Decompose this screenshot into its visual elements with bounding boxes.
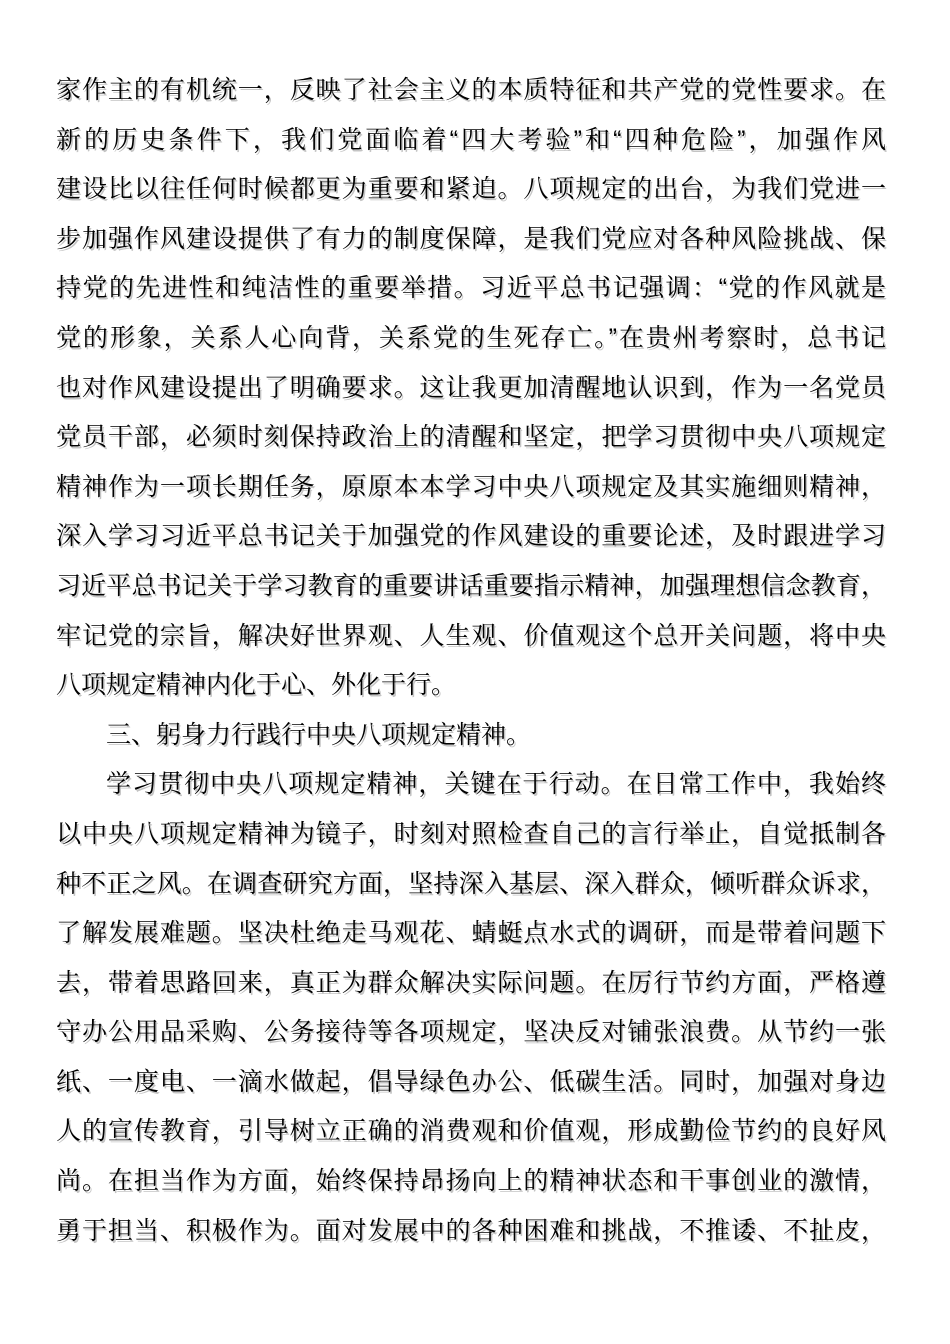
doc-line: 精神作为一项长期任务，原原本本学习中央八项规定及其实施细则精神， xyxy=(56,463,886,513)
doc-line: 党员干部，必须时刻保持政治上的清醒和坚定，把学习贯彻中央八项规定 xyxy=(56,413,886,463)
doc-line: 建设比以往任何时候都更为重要和紧迫。八项规定的出台，为我们党进一 xyxy=(56,165,886,215)
doc-line: 纸、一度电、一滴水做起，倡导绿色办公、低碳生活。同时，加强对身边 xyxy=(56,1058,886,1108)
doc-line: 家作主的有机统一，反映了社会主义的本质特征和共产党的党性要求。在 xyxy=(56,66,886,116)
document-page: 家作主的有机统一，反映了社会主义的本质特征和共产党的党性要求。在 新的历史条件下… xyxy=(0,0,950,1344)
doc-line: 去，带着思路回来，真正为群众解决实际问题。在厉行节约方面，严格遵 xyxy=(56,959,886,1009)
doc-line: 勇于担当、积极作为。面对发展中的各种困难和挑战，不推诿、不扯皮， xyxy=(56,1207,886,1257)
doc-line: 步加强作风建设提供了有力的制度保障，是我们党应对各种风险挑战、保 xyxy=(56,215,886,265)
doc-line: 守办公用品采购、公务接待等各项规定，坚决反对铺张浪费。从节约一张 xyxy=(56,1008,886,1058)
doc-line: 新的历史条件下，我们党面临着“四大考验”和“四种危险”，加强作风 xyxy=(56,116,886,166)
doc-line: 习近平总书记关于学习教育的重要讲话重要指示精神，加强理想信念教育， xyxy=(56,562,886,612)
doc-line: 深入学习习近平总书记关于加强党的作风建设的重要论述，及时跟进学习 xyxy=(56,512,886,562)
document-body: 家作主的有机统一，反映了社会主义的本质特征和共产党的党性要求。在 新的历史条件下… xyxy=(56,66,886,1256)
doc-line: 以中央八项规定精神为镜子，时刻对照检查自己的言行举止，自觉抵制各 xyxy=(56,810,886,860)
doc-line: 牢记党的宗旨，解决好世界观、人生观、价值观这个总开关问题，将中央 xyxy=(56,612,886,662)
doc-section-heading: 三、躬身力行践行中央八项规定精神。 xyxy=(56,711,886,761)
doc-line: 尚。在担当作为方面，始终保持昂扬向上的精神状态和干事创业的激情， xyxy=(56,1157,886,1207)
doc-line: 人的宣传教育，引导树立正确的消费观和价值观，形成勤俭节约的良好风 xyxy=(56,1107,886,1157)
doc-line: 持党的先进性和纯洁性的重要举措。习近平总书记强调：“党的作风就是 xyxy=(56,264,886,314)
doc-line: 了解发展难题。坚决杜绝走马观花、蜻蜓点水式的调研，而是带着问题下 xyxy=(56,909,886,959)
doc-line: 八项规定精神内化于心、外化于行。 xyxy=(56,661,886,711)
doc-line: 学习贯彻中央八项规定精神，关键在于行动。在日常工作中，我始终 xyxy=(56,760,886,810)
doc-line: 种不正之风。在调查研究方面，坚持深入基层、深入群众，倾听群众诉求， xyxy=(56,860,886,910)
doc-line: 也对作风建设提出了明确要求。这让我更加清醒地认识到，作为一名党员 xyxy=(56,364,886,414)
doc-line: 党的形象，关系人心向背，关系党的生死存亡。”在贵州考察时，总书记 xyxy=(56,314,886,364)
